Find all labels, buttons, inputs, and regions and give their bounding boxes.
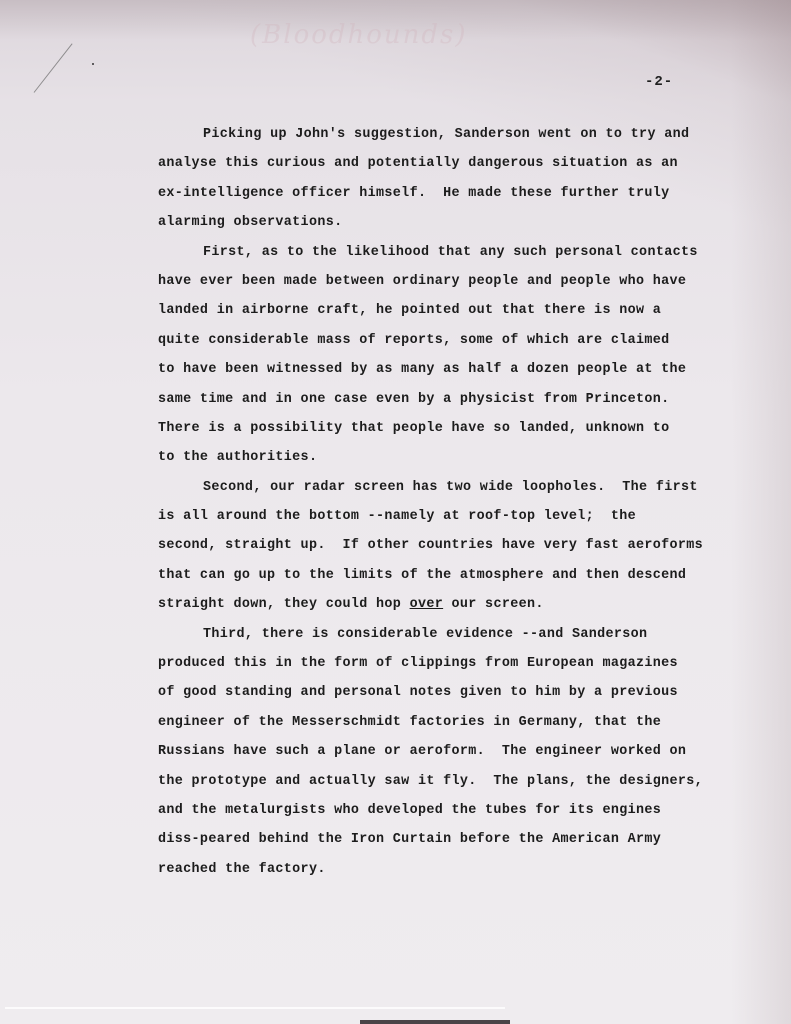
text-line: Russians have such a plane or aeroform. … — [158, 737, 758, 766]
text-line: that can go up to the limits of the atmo… — [158, 561, 758, 590]
page-number: -2- — [645, 74, 673, 90]
text-line: is all around the bottom --namely at roo… — [158, 502, 758, 531]
text-line: quite considerable mass of reports, some… — [158, 326, 758, 355]
ink-dot-mark — [92, 63, 94, 65]
text-line: First, as to the likelihood that any suc… — [158, 238, 758, 267]
text-line: same time and in one case even by a phys… — [158, 385, 758, 414]
text-line: produced this in the form of clippings f… — [158, 649, 758, 678]
text-segment: straight down, they could hop — [158, 597, 410, 612]
text-line: have ever been made between ordinary peo… — [158, 267, 758, 296]
typed-body-text: Picking up John's suggestion, Sanderson … — [158, 120, 758, 884]
text-line: engineer of the Messerschmidt factories … — [158, 708, 758, 737]
text-line: There is a possibility that people have … — [158, 414, 758, 443]
text-line: alarming observations. — [158, 208, 758, 237]
paper-bottom-edge — [5, 1007, 505, 1009]
underlined-word: over — [410, 597, 444, 612]
text-line: Third, there is considerable evidence --… — [158, 620, 758, 649]
underlying-page-edge — [360, 1020, 510, 1024]
text-segment: our screen. — [443, 597, 544, 612]
text-line: Second, our radar screen has two wide lo… — [158, 473, 758, 502]
text-line: the prototype and actually saw it fly. T… — [158, 767, 758, 796]
text-line: diss-peared behind the Iron Curtain befo… — [158, 825, 758, 854]
text-line: ex-intelligence officer himself. He made… — [158, 179, 758, 208]
text-line: and the metalurgists who developed the t… — [158, 796, 758, 825]
document-page: (Bloodhounds) -2- Picking up John's sugg… — [0, 0, 791, 1024]
text-line: Picking up John's suggestion, Sanderson … — [158, 120, 758, 149]
pencil-stroke-mark — [34, 43, 73, 92]
text-line: landed in airborne craft, he pointed out… — [158, 296, 758, 325]
text-line: to the authorities. — [158, 443, 758, 472]
text-line: straight down, they could hop over our s… — [158, 590, 758, 619]
text-line: to have been witnessed by as many as hal… — [158, 355, 758, 384]
text-line: second, straight up. If other countries … — [158, 531, 758, 560]
text-line: reached the factory. — [158, 855, 758, 884]
bleed-through-handwriting: (Bloodhounds) — [250, 20, 468, 50]
text-line: of good standing and personal notes give… — [158, 678, 758, 707]
text-line: analyse this curious and potentially dan… — [158, 149, 758, 178]
